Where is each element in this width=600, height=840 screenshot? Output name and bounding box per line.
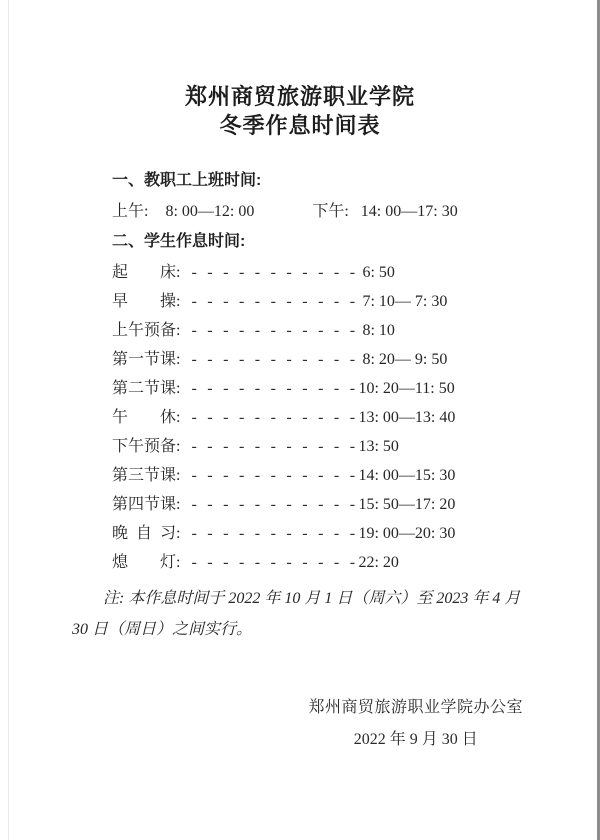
dashed-leader: - - - - - - - - - - - <box>191 519 358 548</box>
note-paragraph: 注: 本作息时间于 2022 年 10 月 1 日（周六）至 2023 年 4 … <box>72 583 537 645</box>
dashed-leader: - - - - - - - - - - - <box>191 461 358 490</box>
row-label-char: 第 <box>112 490 128 519</box>
dashed-leader: - - - - - - - - - - - <box>191 287 358 316</box>
row-label-char: 早 <box>112 287 128 316</box>
row-label: 第三节课 <box>112 461 176 490</box>
document-title-block: 郑州商贸旅游职业学院 冬季作息时间表 <box>0 0 600 140</box>
doc-title: 郑州商贸旅游职业学院 <box>0 82 600 111</box>
dashed-leader: - - - - - - - - - - - <box>191 403 358 432</box>
row-label-char: 熄 <box>112 548 128 577</box>
schedule-row: 起床:- - - - - - - - - - - 6: 50 <box>112 258 600 287</box>
row-time: 22: 20 <box>358 548 398 577</box>
row-time: 8: 20— 9: 50 <box>358 345 447 374</box>
schedule-row: 第二节课:- - - - - - - - - - -10: 20—11: 50 <box>112 374 600 403</box>
schedule-list: 起床:- - - - - - - - - - - 6: 50早操:- - - -… <box>112 258 600 577</box>
row-label-char: 休 <box>160 403 176 432</box>
row-label-char: 课 <box>160 374 176 403</box>
schedule-row: 午休:- - - - - - - - - - -13: 00—13: 40 <box>112 403 600 432</box>
staff-afternoon-label: 下午: <box>312 203 348 220</box>
doc-subtitle: 冬季作息时间表 <box>0 111 600 140</box>
row-label-char: 上 <box>112 316 128 345</box>
row-label: 第四节课 <box>112 490 176 519</box>
row-label-char: 起 <box>112 258 128 287</box>
row-colon: : <box>176 403 180 432</box>
row-colon: : <box>176 316 180 345</box>
row-label-char: 午 <box>128 432 144 461</box>
row-label-char: 自 <box>136 519 152 548</box>
row-label-char: 晚 <box>112 519 128 548</box>
row-label-char: 第 <box>112 374 128 403</box>
row-colon: : <box>176 519 180 548</box>
dashed-leader: - - - - - - - - - - - <box>191 432 358 461</box>
row-label-char: 节 <box>144 461 160 490</box>
dashed-leader: - - - - - - - - - - - <box>191 548 358 577</box>
row-label-char: 备 <box>160 316 176 345</box>
row-colon: : <box>176 432 180 461</box>
row-label-char: 节 <box>144 345 160 374</box>
footer-signature: 郑州商贸旅游职业学院办公室 2022 年 9 月 30 日 <box>308 692 523 756</box>
schedule-row: 晚自习:- - - - - - - - - - -19: 00—20: 30 <box>112 519 600 548</box>
row-label-char: 预 <box>144 432 160 461</box>
schedule-row: 上午预备:- - - - - - - - - - - 8: 10 <box>112 316 600 345</box>
row-label-char: 下 <box>112 432 128 461</box>
row-label-char: 操 <box>160 287 176 316</box>
footer-date: 2022 年 9 月 30 日 <box>308 724 523 756</box>
row-label-char: 第 <box>112 461 128 490</box>
row-label: 下午预备 <box>112 432 176 461</box>
row-label-char: 灯 <box>160 548 176 577</box>
row-colon: : <box>176 374 180 403</box>
row-time: 7: 10— 7: 30 <box>358 287 447 316</box>
scan-edge-left <box>8 0 9 840</box>
row-label: 午休 <box>112 403 176 432</box>
row-label-char: 午 <box>128 316 144 345</box>
schedule-row: 第三节课:- - - - - - - - - - -14: 00—15: 30 <box>112 461 600 490</box>
row-label-char: 备 <box>160 432 176 461</box>
row-label-char: 节 <box>144 490 160 519</box>
row-label-char: 节 <box>144 374 160 403</box>
row-label: 熄灯 <box>112 548 176 577</box>
row-colon: : <box>176 258 180 287</box>
row-time: 14: 00—15: 30 <box>358 461 455 490</box>
dashed-leader: - - - - - - - - - - - <box>191 316 358 345</box>
row-label-char: 预 <box>144 316 160 345</box>
row-label-char: 午 <box>112 403 128 432</box>
footer-org: 郑州商贸旅游职业学院办公室 <box>308 692 523 724</box>
row-time: 6: 50 <box>358 258 394 287</box>
row-label: 第二节课 <box>112 374 176 403</box>
row-label-char: 课 <box>160 461 176 490</box>
dashed-leader: - - - - - - - - - - - <box>191 345 358 374</box>
row-label: 早操 <box>112 287 176 316</box>
row-time: 13: 00—13: 40 <box>358 403 455 432</box>
row-time: 8: 10 <box>358 316 394 345</box>
row-label: 上午预备 <box>112 316 176 345</box>
document-page: 郑州商贸旅游职业学院 冬季作息时间表 一、教职工上班时间: 上午: 8: 00—… <box>0 0 600 840</box>
row-label-char: 习 <box>160 519 176 548</box>
schedule-row: 早操:- - - - - - - - - - - 7: 10— 7: 30 <box>112 287 600 316</box>
schedule-row: 第一节课:- - - - - - - - - - - 8: 20— 9: 50 <box>112 345 600 374</box>
row-time: 13: 50 <box>358 432 398 461</box>
row-time: 10: 20—11: 50 <box>358 374 454 403</box>
row-time: 19: 00—20: 30 <box>358 519 455 548</box>
dashed-leader: - - - - - - - - - - - <box>191 258 358 287</box>
row-label: 晚自习 <box>112 519 176 548</box>
row-label-char: 课 <box>160 490 176 519</box>
row-colon: : <box>176 490 180 519</box>
staff-afternoon-time: 14: 00—17: 30 <box>361 203 458 220</box>
row-label-char: 一 <box>128 345 144 374</box>
row-label-char: 课 <box>160 345 176 374</box>
row-label-char: 床 <box>160 258 176 287</box>
schedule-row: 下午预备:- - - - - - - - - - -13: 50 <box>112 432 600 461</box>
row-label-char: 三 <box>128 461 144 490</box>
schedule-row: 第四节课:- - - - - - - - - - -15: 50—17: 20 <box>112 490 600 519</box>
dashed-leader: - - - - - - - - - - - <box>191 490 358 519</box>
row-label: 起床 <box>112 258 176 287</box>
row-label: 第一节课 <box>112 345 176 374</box>
row-label-char: 第 <box>112 345 128 374</box>
staff-morning-label: 上午: <box>112 203 148 220</box>
schedule-row: 熄灯:- - - - - - - - - - -22: 20 <box>112 548 600 577</box>
row-colon: : <box>176 548 180 577</box>
row-time: 15: 50—17: 20 <box>358 490 455 519</box>
row-label-char: 二 <box>128 374 144 403</box>
section-staff-heading: 一、教职工上班时间: <box>112 171 600 191</box>
row-colon: : <box>176 461 180 490</box>
row-colon: : <box>176 287 180 316</box>
section-student-heading: 二、学生作息时间: <box>112 232 600 252</box>
row-label-char: 四 <box>128 490 144 519</box>
staff-morning-time: 8: 00—12: 00 <box>161 203 254 220</box>
row-colon: : <box>176 345 180 374</box>
dashed-leader: - - - - - - - - - - - <box>191 374 358 403</box>
staff-hours-line: 上午: 8: 00—12: 00下午:14: 00—17: 30 <box>112 201 600 223</box>
